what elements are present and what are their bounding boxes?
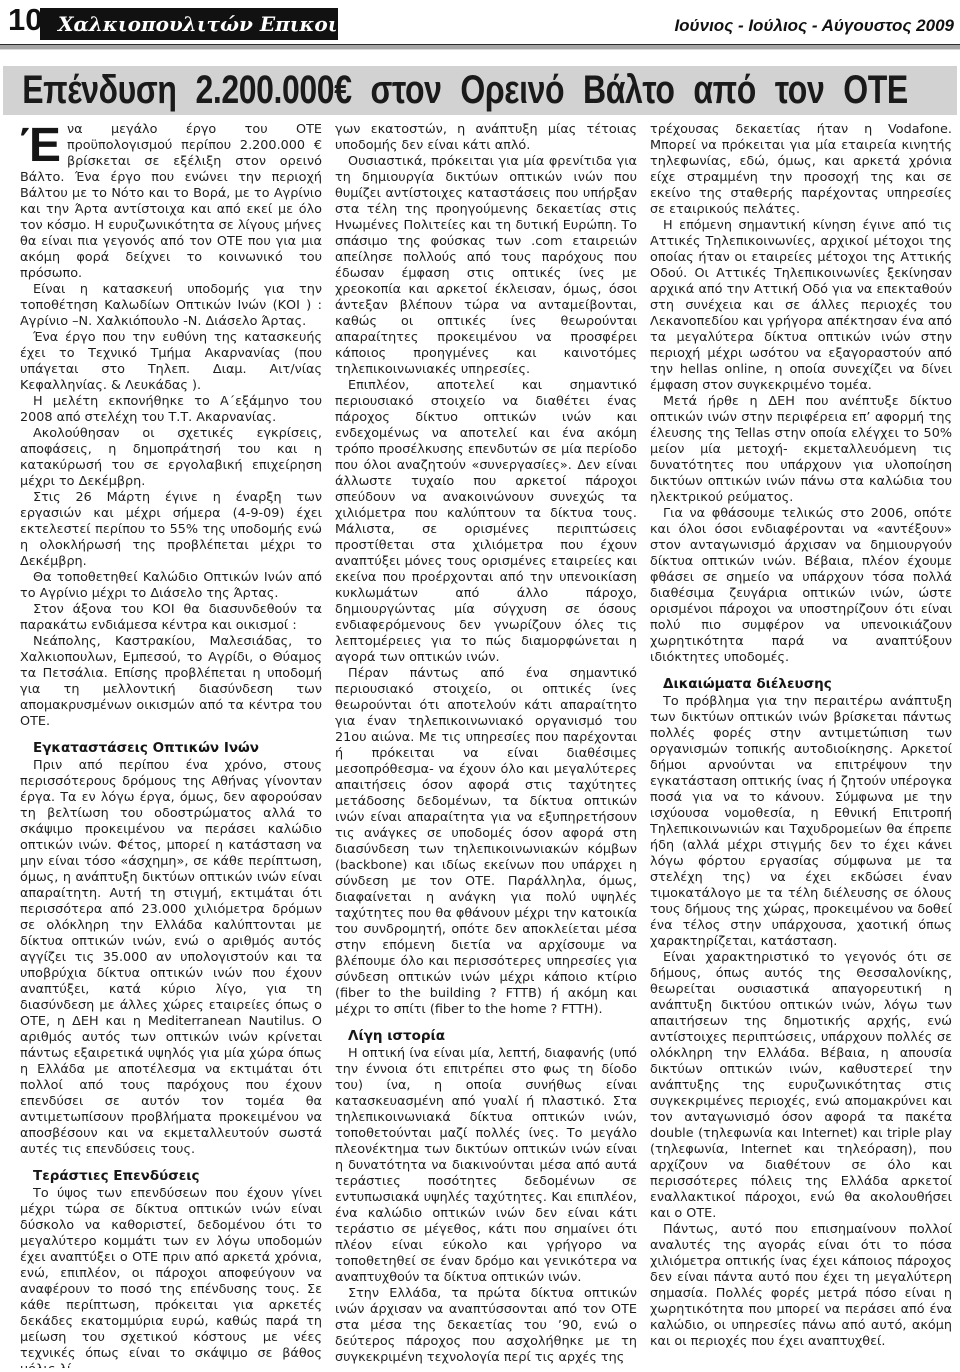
drop-cap: Έ [20, 124, 61, 168]
paragraph: Στην Ελλάδα, τα πρώτα δίκτυα οπτικών ινώ… [335, 1286, 637, 1366]
paragraph: Το ύψος των επενδύσεων που έχουν γίνει μ… [20, 1186, 322, 1368]
paragraph: Ένα έργο που την ευθύνη της κατασκευής έ… [20, 330, 322, 394]
paragraph: Είναι η κατασκευή υποδομής για την τοποθ… [20, 282, 322, 330]
article-headline: Επένδυση 2.200.000€ στον Ορεινό Βάλτο απ… [3, 66, 766, 115]
section-heading: Εγκαταστάσεις Οπτικών Ινών [20, 740, 322, 756]
paragraph: Ένα μεγάλο έργο του ΟΤΕ προϋπολογισμού π… [20, 122, 322, 282]
paragraph: Πριν από περίπου ένα χρόνο, στους περισσ… [20, 758, 322, 1158]
column-2: γων εκατοστών, η ανάπτυξη μίας τέτοιας υ… [335, 122, 637, 1368]
paragraph: Η οπτική ίνα είναι μία, λεπτή, διαφανής … [335, 1046, 637, 1286]
newspaper-page: { "colors": { "headline_bar_bg": "#d2d2d… [0, 0, 960, 1372]
paragraph: Μετά ήρθε η ΔΕΗ που ανέπτυξε δίκτυο οπτι… [650, 394, 952, 506]
section-heading: Λίγη ιστορία [335, 1028, 637, 1044]
paragraph: Είναι χαρακτηριστικό το γεγονός ότι σε δ… [650, 950, 952, 1222]
paragraph: Νεάπολης, Καστρακίου, Μαλεσιάδας, το Χαλ… [20, 634, 322, 730]
page-number: 10 [8, 2, 42, 38]
section-heading: Τεράστιες Επενδύσεις [20, 1168, 322, 1184]
paragraph: Θα τοποθετηθεί Καλώδιο Οπτικών Ινών από … [20, 570, 322, 602]
paragraph: γων εκατοστών, η ανάπτυξη μίας τέτοιας υ… [335, 122, 637, 154]
column-3: τρέχουσας δεκαετίας ήταν η Vodafone. Μπο… [650, 122, 952, 1368]
issue-date: Ιούνιος - Ιούλιος - Αύγουστος 2009 [674, 16, 954, 36]
masthead: Χαλκιοπουλιτών Επικοινωνία [40, 8, 338, 40]
paragraph: Η επόμενη σημαντική κίνηση έγινε από τις… [650, 218, 952, 394]
paragraph: Στις 26 Μάρτη έγινε η έναρξη των εργασιώ… [20, 490, 322, 570]
paragraph: Ουσιαστικά, πρόκειται για μία φρενίτιδα … [335, 154, 637, 378]
article-body: Ένα μεγάλο έργο του ΟΤΕ προϋπολογισμού π… [20, 122, 952, 1368]
header-divider [0, 44, 960, 50]
paragraph: Στον άξονα του ΚΟΙ θα διασυνδεθούν τα πα… [20, 602, 322, 634]
paragraph: Πέραν πάντως από ένα σημαντικό περιουσια… [335, 666, 637, 1018]
headline-bar: Επένδυση 2.200.000€ στον Ορεινό Βάλτο απ… [3, 66, 957, 115]
section-heading: Δικαιώματα διέλευσης [650, 676, 952, 692]
paragraph: Επιπλέον, αποτελεί και σημαντικό περιουσ… [335, 378, 637, 666]
paragraph: τρέχουσας δεκαετίας ήταν η Vodafone. Μπο… [650, 122, 952, 218]
column-1: Ένα μεγάλο έργο του ΟΤΕ προϋπολογισμού π… [20, 122, 322, 1368]
paragraph: Για να φθάσουμε τελικώς στο 2006, οπότε … [650, 506, 952, 666]
paragraph: Ακολούθησαν οι σχετικές εγκρίσεις, αποφά… [20, 426, 322, 490]
paragraph: Πάντως, αυτό που επισημαίνουν πολλοί ανα… [650, 1222, 952, 1350]
paragraph: Το πρόβλημα για την περαιτέρω ανάπτυξη τ… [650, 694, 952, 950]
masthead-title: Χαλκιοπουλιτών Επικοινωνία [40, 12, 409, 36]
paragraph: Η μελέτη εκπονήθηκε το Α΄εξάμηνο του 200… [20, 394, 322, 426]
